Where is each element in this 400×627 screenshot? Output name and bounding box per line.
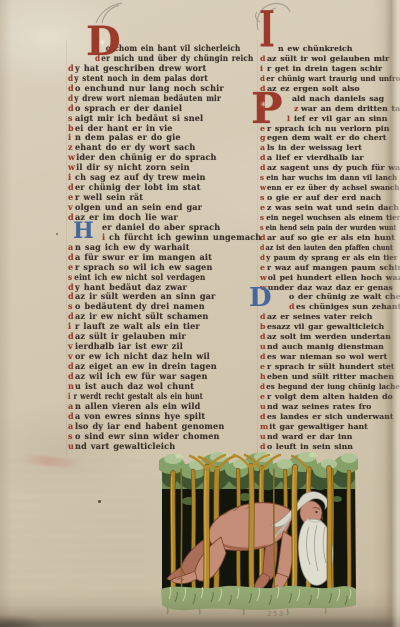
verse-line: des begund der iung chünig lachen: [260, 382, 375, 392]
verso-show-through: [6, 460, 146, 610]
line-initial: i: [260, 64, 266, 74]
verse-line: als in der weissag lert: [260, 143, 388, 153]
verse-line: sein har wuchs im dann vil lanch: [260, 173, 375, 183]
ink-speck: [56, 233, 58, 235]
line-initial: u: [68, 442, 74, 452]
line-initial: e: [260, 392, 266, 402]
verse-line: o der chünig ze walt chert: [260, 292, 388, 302]
drop-cap-P: P: [251, 88, 283, 130]
verse-line: besazz vil gar gewalticleich: [260, 322, 388, 332]
line-initial: b: [260, 322, 266, 332]
line-initial: d: [260, 163, 266, 173]
verse-line: wol pei hundert ellen hoch waz: [260, 273, 388, 283]
verse-line: ez was sein wat und sein dach: [260, 203, 388, 213]
line-initial: d: [260, 153, 266, 163]
line-initial: i: [68, 392, 73, 402]
line-initial: e: [260, 362, 266, 372]
verse-line: dy stent noch in dem palas dort: [68, 74, 241, 84]
verse-line: er sprach ir sült hundert stet: [260, 362, 388, 372]
line-initial: d: [260, 382, 265, 392]
verse-line: er volgt dem alten haiden do: [260, 392, 388, 402]
line-initial: d: [260, 243, 265, 253]
line-initial: s: [260, 193, 266, 203]
left-text-column: o chom ein hant vil sicherleichder mich …: [68, 44, 260, 451]
line-initial: d: [260, 352, 266, 362]
verse-line: und ward er dar inn: [260, 432, 388, 442]
drop-cap-I: I: [259, 6, 275, 55]
line-initial: w: [260, 273, 267, 283]
verse-line: daz sült ir wol gelauben mir: [260, 54, 388, 64]
initial-whitework: ✳: [99, 38, 106, 47]
line-initial: l: [287, 114, 293, 124]
verse-line: sein negel wuchsen als einem tier: [260, 213, 375, 223]
verse-line: der chünig wart traurig und unfro: [260, 74, 375, 84]
line-initial: m: [260, 422, 268, 432]
verse-line: dar auf so gie er als ein hunt: [260, 233, 388, 243]
line-initial: d: [68, 94, 73, 104]
line-initial: a: [260, 143, 266, 153]
drop-cap-H: H: [73, 220, 94, 242]
verse-line: wenn er ez über dy achsel swanch: [260, 183, 375, 193]
manuscript-page: o chom ein hant vil sicherleichder mich …: [0, 0, 400, 627]
verse-line: da lief er vierdhalb iar: [260, 153, 388, 163]
line-initial: e: [260, 263, 266, 273]
verse-line: saigt mir ich bedäut si snel: [68, 114, 260, 124]
verse-line: heben und sült ritter machen: [260, 372, 388, 382]
verse-line: daz sagent uns dy puch für war: [260, 163, 388, 173]
ink-speck: [98, 500, 101, 503]
line-initial: d: [289, 302, 295, 312]
line-initial: d: [68, 74, 73, 84]
verse-line: ir get in drein tagen schir: [260, 64, 388, 74]
line-initial: s: [68, 273, 73, 283]
verse-line: und waz seines rates fro: [260, 402, 388, 412]
verse-line: daz solt im werden undertan: [260, 332, 388, 342]
line-initial: g: [260, 133, 266, 143]
line-initial: d: [260, 74, 265, 84]
line-initial: d: [260, 332, 266, 342]
column-ruling-left: [66, 40, 67, 456]
verse-line: des war nieman so wol wert: [260, 352, 388, 362]
line-initial: e: [260, 203, 266, 213]
verse-line: so gie er auf der erd nach: [260, 193, 388, 203]
line-initial: s: [260, 223, 265, 233]
verse-line: dy drew wort nieman bedäuten mir: [68, 94, 241, 104]
line-initial: s: [260, 173, 265, 183]
verse-line: des chüniges sun zehant: [260, 302, 388, 312]
miniature-nebuchadnezzar-forest: [159, 449, 358, 615]
page-corner-shadow: [0, 613, 52, 627]
verse-line: wunder daz waz daz er genas: [260, 283, 388, 293]
line-initial: d: [260, 312, 266, 322]
verse-line: dy paum dy sprang er als ein tier: [260, 253, 375, 263]
line-initial: z: [294, 104, 300, 114]
verse-line: daz er seines vater reich: [260, 312, 388, 322]
verse-line: des landes er sich underwant: [260, 412, 388, 422]
line-initial: u: [260, 402, 266, 412]
verse-line: ir werdt recht gestalt als ein hunt: [68, 392, 222, 402]
line-initial: u: [260, 342, 266, 352]
verse-line: daz ist den lauten den pfaffen chunt: [260, 243, 362, 253]
line-initial: u: [260, 432, 266, 442]
grass-ground: [161, 586, 356, 615]
verse-line: gegen dem walt er do chert: [260, 133, 388, 143]
line-initial: d: [260, 233, 266, 243]
folio-number: 253: [267, 610, 285, 618]
verse-line: mit gar gewaltiger hant: [260, 422, 388, 432]
verse-line: n ew chünkreich: [260, 44, 388, 54]
line-initial: d: [260, 412, 266, 422]
initial-whitework: ✳: [260, 100, 267, 109]
line-initial: d: [260, 253, 265, 263]
verse-line: so sind ewr sinn wider chomen: [68, 432, 260, 442]
line-initial: s: [260, 213, 265, 223]
drop-cap-D: D: [249, 285, 272, 311]
line-initial: h: [260, 372, 266, 382]
verse-line: und auch manig dienstman: [260, 342, 388, 352]
verse-line: seint ich ew nicht sol verdagen: [68, 273, 241, 283]
verse-line: sein hend sein pain der wurden wunt: [260, 223, 362, 233]
line-initial: w: [260, 183, 266, 193]
verse-line: er waz auf mangen paum schir: [260, 263, 388, 273]
